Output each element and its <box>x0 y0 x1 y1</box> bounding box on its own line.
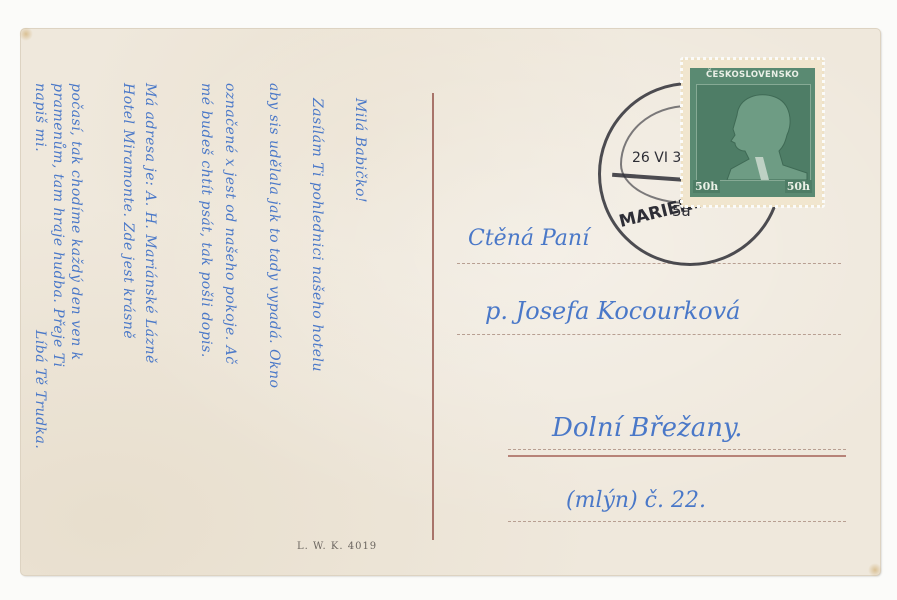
message-line: Má adresa je: A. H. Mariánské Lázně <box>142 83 158 364</box>
address-recipient: p. Josefa Kocourková <box>485 297 740 325</box>
address-line-1-rule <box>457 263 841 264</box>
address-town: Dolní Břežany. <box>552 413 743 443</box>
postage-stamp: ČESKOSLOVENSKO 50h 50h <box>683 60 822 205</box>
message-line: označené x jest od našeho pokoje. Ač <box>222 83 238 365</box>
corner-stain <box>19 27 33 41</box>
address-salutation: Ctěná Paní <box>468 226 589 251</box>
stamp-portrait <box>696 84 811 181</box>
message-line: aby sis udělala jak to tady vypadá. Okno <box>266 83 282 389</box>
corner-stain <box>868 563 882 577</box>
message-line: Hotel Miramonte. Zde jest krásně <box>120 83 136 339</box>
center-divider <box>432 93 434 540</box>
message-line: pramenům, tam hraje hudba. Přeje Ti <box>50 83 66 368</box>
address-line-3-rule <box>508 449 846 450</box>
message-signature: Líbá Tě Trudka. <box>32 330 48 449</box>
message-line: napiš mi. <box>32 83 48 152</box>
message-line: počasí, tak chodíme každý den ven k <box>68 83 84 361</box>
address-house-number: (mlýn) č. 22. <box>566 488 706 513</box>
publisher-mark: L. W. K. 4019 <box>297 541 377 552</box>
message-line: mé budeš chtít psát, tak pošli dopis. <box>198 83 214 358</box>
message-line: Zasílám Ti pohlednici našeho hotelu <box>309 98 325 372</box>
stamp-design: ČESKOSLOVENSKO 50h 50h <box>690 68 815 197</box>
stamp-country: ČESKOSLOVENSKO <box>690 70 815 80</box>
address-line-2-rule <box>457 334 841 335</box>
portrait-silhouette-icon <box>697 85 810 180</box>
address-line-4-rule <box>508 521 846 522</box>
address-underline <box>508 455 846 457</box>
message-line: Milá Babičko! <box>352 98 368 203</box>
stamp-value-right: 50h <box>785 180 812 193</box>
stamp-value-left: 50h <box>693 180 720 193</box>
